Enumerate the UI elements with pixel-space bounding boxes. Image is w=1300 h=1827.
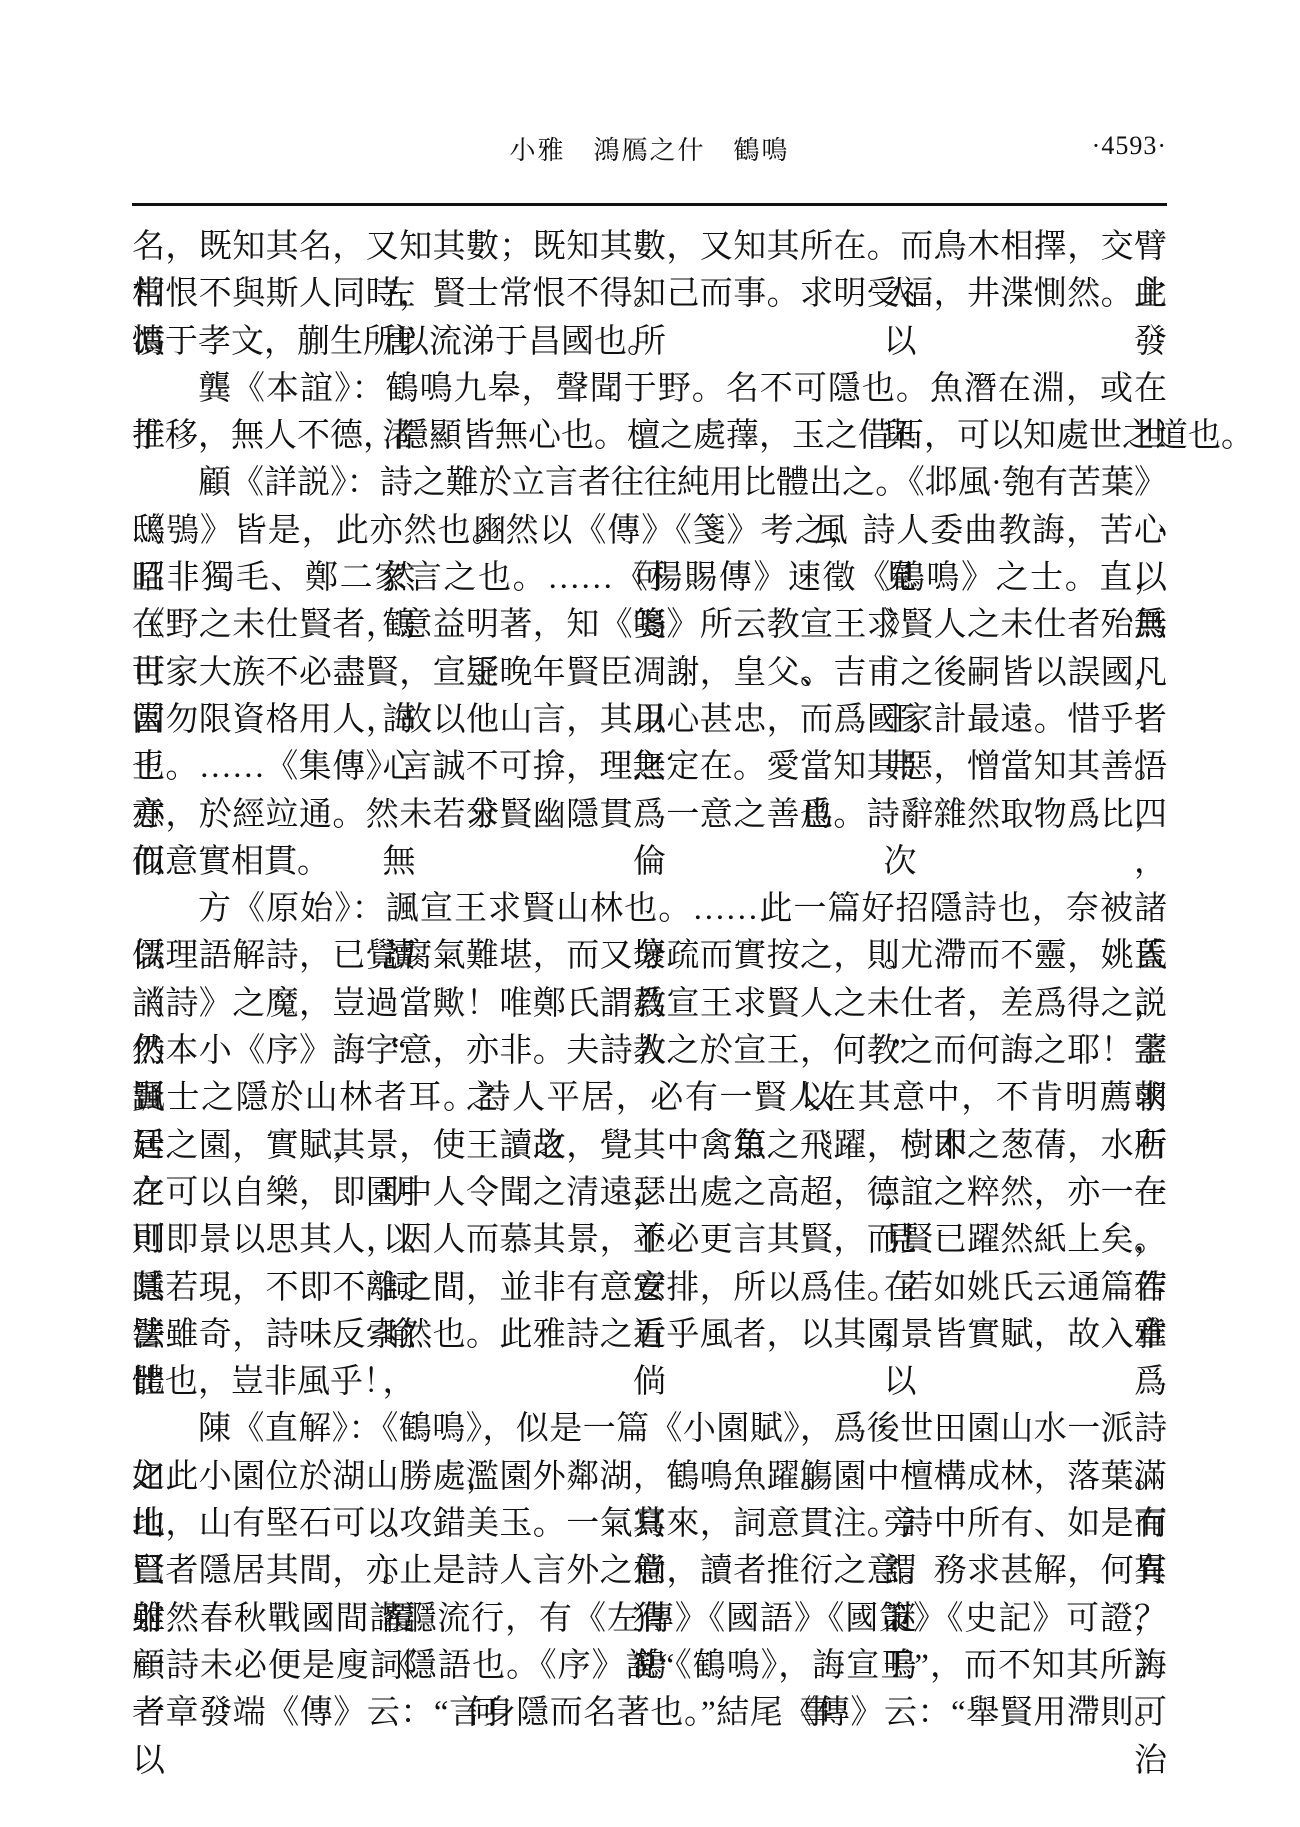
text-line: 隱若現，不即不離之間，並非有意安排，所以爲佳。若如姚氏云通篇作譬喻看，章: [132, 1265, 1167, 1312]
text-line: 山，山有堅石可以攻錯美玉。一氣寫來，詞意貫注。詩中所有、如是而已。倘謂有: [132, 1501, 1167, 1548]
text-line: 仍本小《序》誨字意，亦非。夫詩人之於宣王，何教之而何誨之耶！蓋諷之以求: [132, 1028, 1167, 1075]
page-number: ·4593·: [1092, 131, 1167, 161]
text-line: 陳《直解》：《鶴鳴》，似是一篇《小園賦》，爲後世田園山水一派詩之濫觴。: [132, 1406, 1167, 1453]
text-line: 顧《詳説》：詩之難於立言者往往純用比體出之。《邶風·匏有苦葉》《豳風·: [132, 460, 1167, 507]
text-line: 名，既知其名，又知其數；既知其數，又知其所在。而鳥木相擇，交臂相左。人主: [132, 224, 1167, 271]
text-line: 意，於經竝通。然未若求賢幽隱貫爲一意之善也。詩辭雜然取物爲比，似無倫次，: [132, 792, 1167, 839]
text-line: 法雖奇，詩味反索然也。此雅詩之近乎風者，以其園景皆實賦，故入雅體，倘以爲: [132, 1312, 1167, 1359]
text-line: 在可以自樂，即園中人令聞之清遠，出處之高超，德誼之粹然，亦一一可以並見，: [132, 1170, 1167, 1217]
text-line: 一章發端《傳》云：“言身隱而名著也。”結尾《傳》云：“舉賢用滯則可以治: [132, 1690, 1167, 1737]
text-line: 世家大族不必盡賢，宣王晚年賢臣凋謝，皇父、吉甫之後嗣皆以誤國，因誨以王者: [132, 650, 1167, 697]
scanned-book-page: 小雅 鴻鴈之什 鶴鳴 ·4593· 名，既知其名，又知其數；既知其數，又知其所在…: [0, 0, 1300, 1827]
text-line: 居之園，實賦其景，使王讀之，覺其中禽魚之飛躍，樹木之葱蒨，水石之明瑟，在: [132, 1123, 1167, 1170]
page-header: 小雅 鴻鴈之什 鶴鳴 ·4593·: [132, 130, 1167, 174]
text-line: 在野之未仕賢者，意益明著，知《箋》所云教宣王求賢人之未仕者殆無可疑。凡: [132, 602, 1167, 649]
text-line: 且非獨毛、鄭二家言之也。……《楊賜傳》速徵《鶴鳴》之士。直以《鶴鳴》爲: [132, 555, 1167, 602]
text-line: 如此小園位於湖山勝處，園外鄰湖，鶴鳴魚躍。園中檀構成林，落葉滿地。其旁有: [132, 1454, 1167, 1501]
text-line: 《詩》之魔，豈過當歟！唯鄭氏謂教宣王求賢人之未仕者，差爲得之，然“教”字: [132, 981, 1167, 1028]
text-line: 賢者隱居其間，亦止是詩人言外之意，讀者推衍之意。務求甚解，何異射覆猜謎？: [132, 1548, 1167, 1595]
header-divider-rule: [132, 203, 1167, 206]
text-line: 則即景以思其人，因人而慕其景，不必更言其賢，而賢已躍然紙上矣。其詞意在若: [132, 1217, 1167, 1264]
text-line: 以理語解詩，已覺腐氣難堪，而又分疏而實按之，則尤滯而不靈，姚氏誚爲説: [132, 933, 1167, 980]
running-head-title: 小雅 鴻鴈之什 鶴鳴: [132, 130, 1167, 167]
text-line: 當勿限資格用人，故以他山言，其用心甚忠，而爲國家計最遠。惜乎！王心之弗悟: [132, 697, 1167, 744]
text-line: 雖然春秋戰國間諧讔流行，有《左傳》《國語》《國策》《史記》可證，顧《鶴鳴》: [132, 1596, 1167, 1643]
text-line: 鴟鴞》皆是，此亦然也。然以《傳》《箋》考之，詩人委曲教誨，苦心昭然可見，: [132, 508, 1167, 555]
text-line: 龔《本誼》：鶴鳴九皋，聲聞于野。名不可隱也。魚潛在淵，或在于渚。與世: [132, 366, 1167, 413]
text-line: 方《原始》：諷宣王求賢山林也。……此一篇好招隱詩也，奈被諸儒讀壞。蓋: [132, 886, 1167, 933]
text-line: 一詩未必便是廋詞隱語也。《序》説“《鶴鳴》，誨宣王”，而不知其所誨者何事。: [132, 1643, 1167, 1690]
text-line: 常恨不與斯人同時，賢士常恨不得知己而事。求明受福，井渫惻然。此馮唐所以發: [132, 271, 1167, 318]
text-line: 賢士之隱於山林者耳。詩人平居，必有一賢人在其意中，不肯明薦朝廷，故第即所: [132, 1075, 1167, 1122]
text-line: 推移，無人不德，隱顯皆無心也。檀之處蘀，玉之借石，可以知處世之道也。: [132, 413, 1167, 460]
page-body: 名，既知其名，又知其數；既知其數，又知其所在。而鳥木相擇，交臂相左。人主常恨不與…: [132, 224, 1167, 1738]
text-line: 也。……《集傳》言誠不可揜，理無定在。愛當知其惡，憎當知其善。亦分爲四: [132, 744, 1167, 791]
